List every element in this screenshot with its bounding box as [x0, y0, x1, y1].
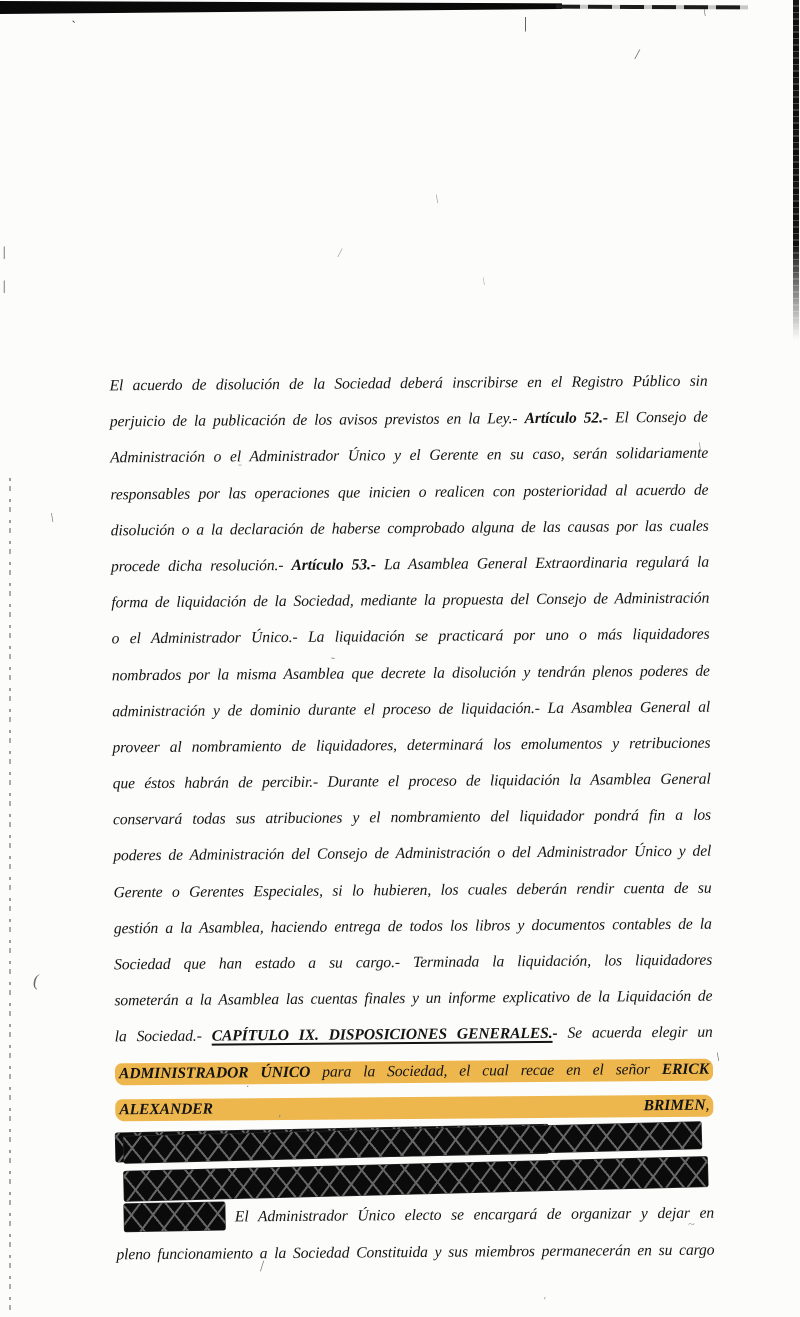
text-line: administración y de dominio durante el p…: [112, 689, 710, 730]
marker-highlight: ADMINISTRADOR ÚNICO para la Sociedad, el…: [115, 1058, 713, 1085]
text-line: Sociedad que han estado a su cargo.- Ter…: [114, 943, 712, 984]
text-segment: la Sociedad.-: [115, 1028, 212, 1046]
scan-artifact: |: [2, 246, 6, 260]
text-segment: pleno funcionamiento a la Sociedad Const…: [116, 1241, 714, 1263]
text-line: someterán a la Asamblea las cuentas fina…: [114, 979, 712, 1020]
text-segment: para la Sociedad, el cual recae en el se…: [310, 1061, 662, 1081]
text-line: proveer al nombramiento de liquidadores,…: [112, 726, 710, 767]
text-segment: Artículo 52.-: [524, 410, 615, 428]
text-line: o el Administrador Único.- La liquidació…: [111, 617, 709, 658]
text-segment: proveer al nombramiento de liquidadores,…: [112, 735, 710, 757]
text-segment: El acuerdo de disolución de la Sociedad …: [110, 373, 708, 395]
scan-artifact: |: [523, 16, 527, 32]
text-segment: someterán a la Asamblea las cuentas fina…: [114, 988, 712, 1010]
text-segment: La Asamblea General Extraordinaria regul…: [384, 554, 709, 574]
text-line: El acuerdo de disolución de la Sociedad …: [109, 364, 707, 405]
redaction-bar: [124, 1202, 225, 1232]
text-line: pleno funcionamiento a la Sociedad Const…: [116, 1232, 714, 1273]
text-segment: conservará todas sus atribuciones y el n…: [113, 807, 711, 829]
scan-edge-top: [0, 1, 562, 14]
scan-artifact: |: [2, 280, 6, 294]
text-segment: perjuicio de la publicación de los aviso…: [110, 410, 525, 430]
text-segment: El Consejo de: [615, 409, 708, 427]
text-line: forma de liquidación de la Sociedad, med…: [111, 581, 709, 622]
text-segment: ALEXANDER BRIMEN: [119, 1096, 705, 1118]
scan-artifact: /: [338, 246, 342, 259]
text-segment: responsables por las operaciones que ini…: [110, 481, 708, 503]
text-line: Gerente o Gerentes Especiales, si lo hub…: [113, 870, 711, 911]
scan-edge-right: [793, 0, 799, 340]
text-segment: Administración o el Administrador Único …: [110, 445, 708, 467]
text-line: ADMINISTRADOR ÚNICO para la Sociedad, el…: [115, 1051, 713, 1092]
text-segment: Gerente o Gerentes Especiales, si lo hub…: [114, 879, 712, 901]
text-line: nombrados por la misma Asamblea que decr…: [112, 653, 710, 694]
text-segment: Se acuerda elegir un: [567, 1024, 712, 1042]
text-segment: Artículo 53.-: [291, 556, 384, 574]
text-segment: nombrados por la misma Asamblea que decr…: [112, 662, 710, 684]
scan-fold-line-left: [9, 478, 11, 1310]
text-segment: forma de liquidación de la Sociedad, med…: [111, 590, 709, 612]
scan-artifact: \: [435, 192, 439, 205]
scan-artifact: \: [482, 275, 485, 287]
text-segment: que éstos habrán de percibir.- Durante e…: [113, 771, 711, 793]
text-line: ALEXANDER BRIMEN,: [115, 1087, 713, 1128]
marker-highlight: ALEXANDER BRIMEN,: [115, 1094, 713, 1121]
text-segment: -: [552, 1025, 567, 1042]
text-segment: ADMINISTRADOR ÚNICO: [119, 1063, 310, 1082]
text-segment: procede dicha resolución.-: [111, 557, 292, 575]
text-segment: gestión a la Asamblea, haciendo entrega …: [114, 915, 712, 937]
text-segment: ERICK: [662, 1060, 709, 1077]
text-segment: disolución o a la declaración de haberse…: [111, 517, 709, 539]
text-line: [116, 1160, 714, 1201]
text-line: responsables por las operaciones que ini…: [110, 472, 708, 513]
text-line: El Administrador Único electo se encarga…: [116, 1196, 714, 1237]
text-block: El acuerdo de disolución de la Sociedad …: [109, 364, 714, 1273]
scan-artifact: \: [703, 8, 706, 19]
text-segment: Sociedad que han estado a su cargo.- Ter…: [114, 952, 712, 974]
scan-artifact: `: [70, 20, 75, 35]
text-segment: CAPÍTULO IX. DISPOSICIONES GENERALES.: [212, 1025, 553, 1045]
redaction-bar: [124, 1157, 709, 1202]
text-line: procede dicha resolución.- Artículo 53.-…: [111, 545, 709, 586]
text-segment: El Administrador Único electo se encarga…: [235, 1205, 714, 1226]
text-segment: poderes de Administración del Consejo de…: [113, 843, 711, 865]
text-line: poderes de Administración del Consejo de…: [113, 834, 711, 875]
text-segment: o el Administrador Único.- La liquidació…: [112, 626, 710, 648]
scan-artifact: ': [543, 1296, 545, 1307]
text-segment: ,: [705, 1096, 709, 1113]
document-page: El acuerdo de disolución de la Sociedad …: [0, 0, 800, 1317]
scan-edge-top-thin: [556, 5, 748, 10]
text-line: disolución o a la declaración de haberse…: [111, 508, 709, 549]
scan-artifact: (: [33, 972, 39, 989]
text-line: gestión a la Asamblea, haciendo entrega …: [114, 906, 712, 947]
text-segment: administración y de dominio durante el p…: [112, 698, 710, 720]
text-line: Administración o el Administrador Único …: [110, 436, 708, 477]
text-line: que éstos habrán de percibir.- Durante e…: [113, 762, 711, 803]
redaction-bar: [123, 1122, 701, 1164]
text-line: conservará todas sus atribuciones y el n…: [113, 798, 711, 839]
text-line: la Sociedad.- CAPÍTULO IX. DISPOSICIONES…: [115, 1015, 713, 1056]
scan-artifact: \: [50, 512, 54, 526]
scan-artifact: /: [635, 48, 639, 63]
scan-artifact: \: [716, 1050, 720, 1063]
text-line: perjuicio de la publicación de los aviso…: [110, 400, 708, 441]
